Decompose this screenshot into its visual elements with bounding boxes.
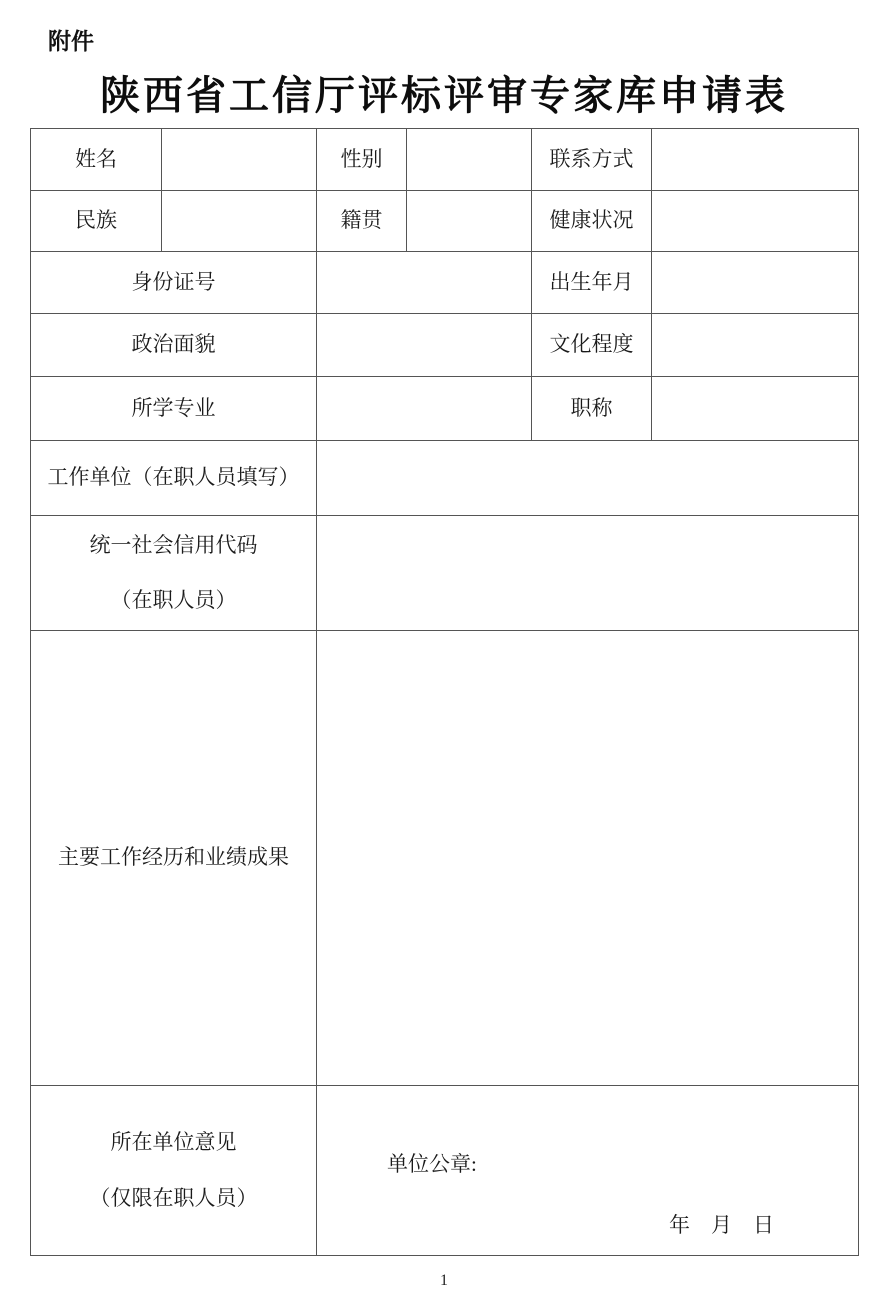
unit-opinion-label-line2: （仅限在职人员） [31, 1186, 316, 1211]
health-label: 健康状况 [532, 191, 652, 252]
table-row: 统一社会信用代码 （在职人员） [31, 516, 859, 631]
unit-opinion-label: 所在单位意见 （仅限在职人员） [31, 1086, 317, 1256]
education-value-cell [652, 314, 859, 377]
experience-label: 主要工作经历和业绩成果 [31, 631, 317, 1086]
employer-label: 工作单位（在职人员填写） [31, 441, 317, 516]
attachment-label: 附件 [0, 0, 888, 54]
birth-date-value-cell [652, 252, 859, 314]
experience-value-cell [317, 631, 859, 1086]
table-row: 政治面貌 文化程度 [31, 314, 859, 377]
employer-value-cell [317, 441, 859, 516]
table-row: 民族 籍贯 健康状况 [31, 191, 859, 252]
id-number-value-cell [317, 252, 532, 314]
health-value-cell [652, 191, 859, 252]
credit-code-label-line2: （在职人员） [31, 588, 316, 613]
major-label: 所学专业 [31, 377, 317, 441]
table-row: 主要工作经历和业绩成果 [31, 631, 859, 1086]
political-status-value-cell [317, 314, 532, 377]
ethnicity-value-cell [162, 191, 317, 252]
table-row: 所在单位意见 （仅限在职人员） 单位公章: 年 月 日 [31, 1086, 859, 1256]
contact-value-cell [652, 129, 859, 191]
application-form-table: 姓名 性别 联系方式 民族 籍贯 健康状况 身份证号 出生年月 政治面貌 文化程… [30, 128, 859, 1256]
name-value-cell [162, 129, 317, 191]
table-row: 工作单位（在职人员填写） [31, 441, 859, 516]
political-status-label: 政治面貌 [31, 314, 317, 377]
table-row: 姓名 性别 联系方式 [31, 129, 859, 191]
credit-code-value-cell [317, 516, 859, 631]
native-place-value-cell [407, 191, 532, 252]
contact-label: 联系方式 [532, 129, 652, 191]
date-label: 年 月 日 [669, 1212, 774, 1239]
page-title: 陕西省工信厅评标评审专家库申请表 [0, 76, 888, 116]
job-title-label: 职称 [532, 377, 652, 441]
gender-label: 性别 [317, 129, 407, 191]
education-label: 文化程度 [532, 314, 652, 377]
credit-code-label: 统一社会信用代码 （在职人员） [31, 516, 317, 631]
table-row: 身份证号 出生年月 [31, 252, 859, 314]
native-place-label: 籍贯 [317, 191, 407, 252]
major-value-cell [317, 377, 532, 441]
page-number: 1 [0, 1272, 888, 1290]
id-number-label: 身份证号 [31, 252, 317, 314]
job-title-value-cell [652, 377, 859, 441]
unit-seal-label: 单位公章: [387, 1151, 477, 1178]
ethnicity-label: 民族 [31, 191, 162, 252]
unit-opinion-content-cell: 单位公章: 年 月 日 [317, 1086, 859, 1256]
table-row: 所学专业 职称 [31, 377, 859, 441]
name-label: 姓名 [31, 129, 162, 191]
credit-code-label-line1: 统一社会信用代码 [31, 533, 316, 558]
unit-opinion-label-line1: 所在单位意见 [31, 1130, 316, 1155]
birth-date-label: 出生年月 [532, 252, 652, 314]
gender-value-cell [407, 129, 532, 191]
